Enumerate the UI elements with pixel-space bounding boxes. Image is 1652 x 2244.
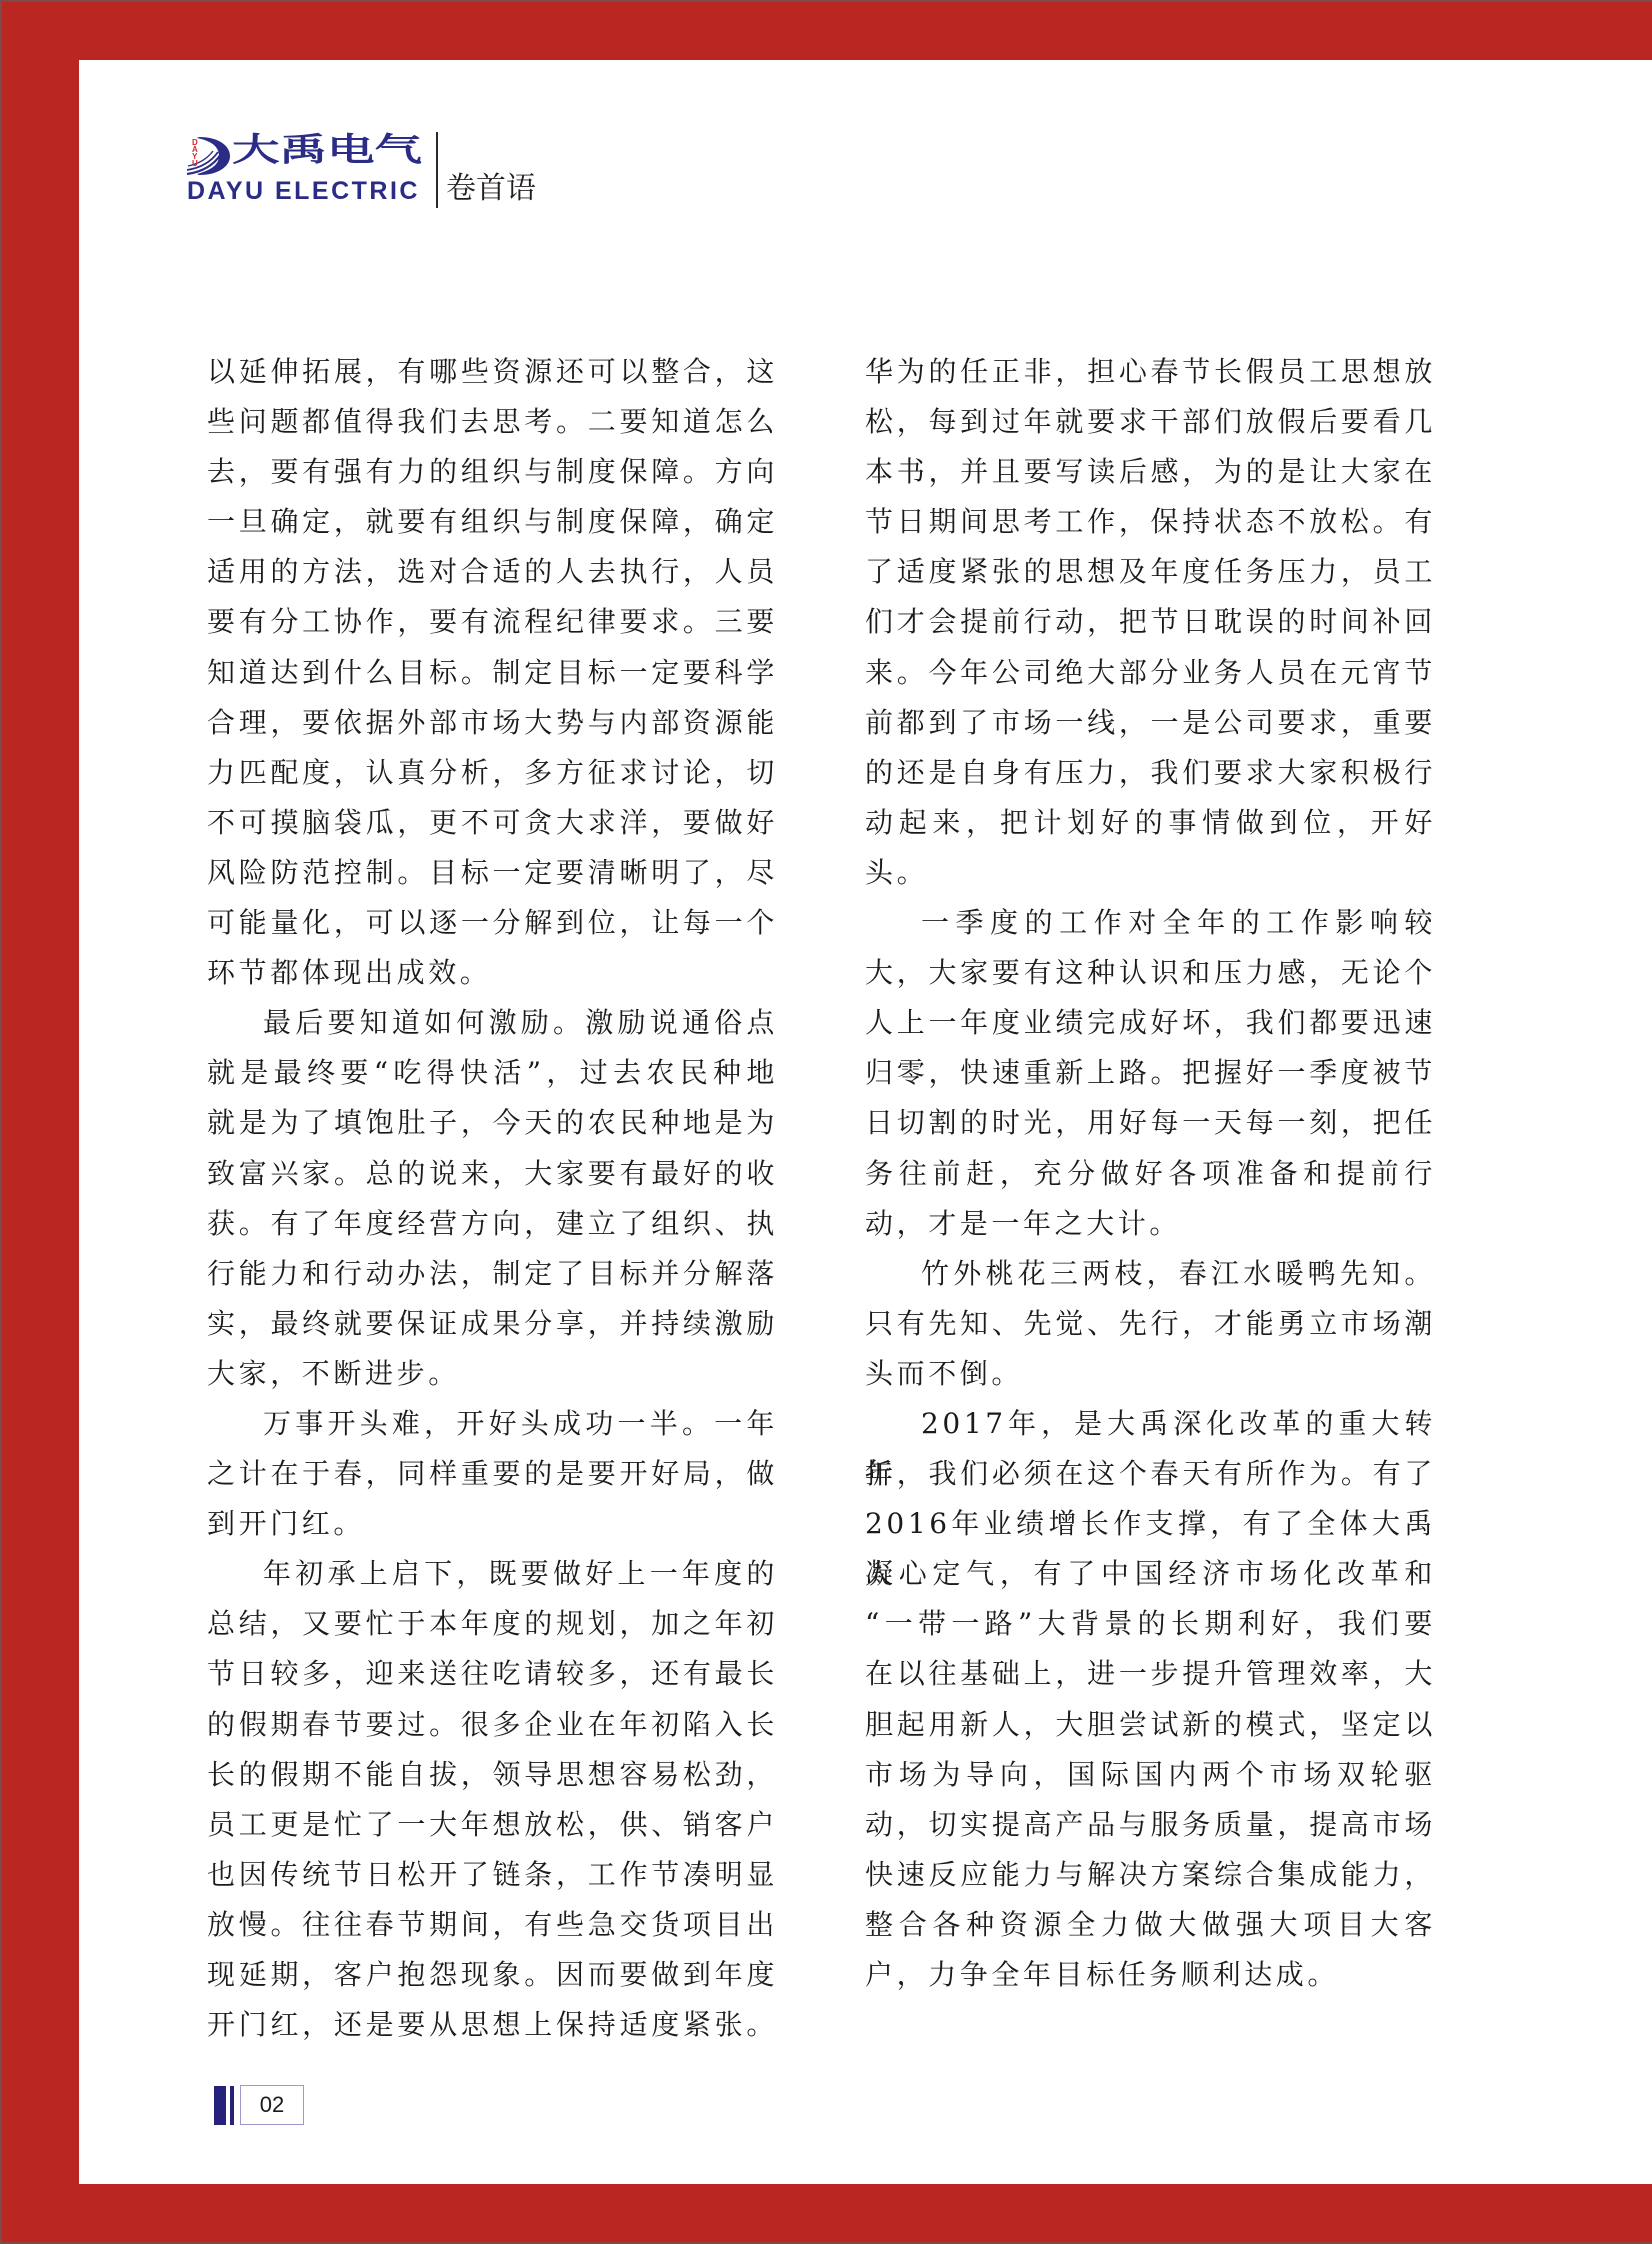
- text-line-paragraph-end: 头。: [865, 848, 1436, 898]
- text-line: 的假期春节要过。很多企业在年初陷入长: [207, 1700, 778, 1750]
- brand-name-english: DAYU ELECTRIC: [187, 178, 420, 204]
- text-line-paragraph-end: 头而不倒。: [865, 1349, 1436, 1399]
- text-line: “一带一路”大背景的长期利好，我们要: [865, 1599, 1436, 1649]
- text-line: 只有先知、先觉、先行，才能勇立市场潮: [865, 1299, 1436, 1349]
- text-line: 开门红，还是要从思想上保持适度紧张。: [207, 2000, 778, 2050]
- bottom-red-border: [0, 2184, 1652, 2244]
- text-line: 也因传统节日松开了链条，工作节凑明显: [207, 1850, 778, 1900]
- page-number-bar-thin: [230, 2086, 234, 2125]
- text-line: 快速反应能力与解决方案综合集成能力，: [865, 1850, 1436, 1900]
- text-line: 动起来，把计划好的事情做到位，开好: [865, 798, 1436, 848]
- page-number: 02: [240, 2085, 304, 2125]
- text-line: 行能力和行动办法，制定了目标并分解落: [207, 1249, 778, 1299]
- text-line: 市场为导向，国际国内两个市场双轮驱: [865, 1750, 1436, 1800]
- article-right-column: 华为的任正非，担心春节长假员工思想放 松，每到过年就要求干部们放假后要看几 本书…: [865, 347, 1436, 2000]
- text-line: 华为的任正非，担心春节长假员工思想放: [865, 347, 1436, 397]
- text-line: 合理，要依据外部市场大势与内部资源能: [207, 698, 778, 748]
- text-line: 松，每到过年就要求干部们放假后要看几: [865, 397, 1436, 447]
- text-line: 了适度紧张的思想及年度任务压力，员工: [865, 547, 1436, 597]
- text-line: 不可摸脑袋瓜，更不可贪大求洋，要做好: [207, 798, 778, 848]
- text-line: 节日期间思考工作，保持状态不放松。有: [865, 497, 1436, 547]
- text-line: 年，我们必须在这个春天有所作为。有了: [865, 1449, 1436, 1499]
- text-line: 实，最终就要保证成果分享，并持续激励: [207, 1299, 778, 1349]
- text-line-paragraph-end: 到开门红。: [207, 1499, 778, 1549]
- page-number-bar-thick: [214, 2086, 226, 2125]
- text-line-paragraph-start: 万事开头难，开好头成功一半。一年: [207, 1399, 778, 1449]
- text-line-paragraph-end: 户，力争全年目标任务顺利达成。: [865, 1950, 1436, 2000]
- text-line: 致富兴家。总的说来，大家要有最好的收: [207, 1149, 778, 1199]
- text-line: 的还是自身有压力，我们要求大家积极行: [865, 748, 1436, 798]
- dayu-emblem-logo-icon: D A Y U: [186, 135, 232, 177]
- text-line: 一旦确定，就要有组织与制度保障，确定: [207, 497, 778, 547]
- text-line: 可能量化，可以逐一分解到位，让每一个: [207, 898, 778, 948]
- text-line: 在以往基础上，进一步提升管理效率，大: [865, 1649, 1436, 1699]
- text-line: 务往前赶，充分做好各项准备和提前行: [865, 1149, 1436, 1199]
- text-line: 前都到了市场一线，一是公司要求，重要: [865, 698, 1436, 748]
- text-line: 以延伸拓展，有哪些资源还可以整合，这: [207, 347, 778, 397]
- text-line-paragraph-start: 年初承上启下，既要做好上一年度的: [207, 1549, 778, 1599]
- text-line: 就是为了填饱肚子，今天的农民种地是为: [207, 1098, 778, 1148]
- text-line: 胆起用新人，大胆尝试新的模式，坚定以: [865, 1700, 1436, 1750]
- text-line: 大，大家要有这种认识和压力感，无论个: [865, 948, 1436, 998]
- text-line: 知道达到什么目标。制定目标一定要科学: [207, 648, 778, 698]
- text-line-paragraph-start: 竹外桃花三两枝，春江水暖鸭先知。: [865, 1249, 1436, 1299]
- text-line-paragraph-start: 2017年，是大禹深化改革的重大转折: [865, 1399, 1436, 1449]
- text-line: 凝心定气，有了中国经济市场化改革和: [865, 1549, 1436, 1599]
- text-line: 之计在于春，同样重要的是要开好局，做: [207, 1449, 778, 1499]
- text-line: 风险防范控制。目标一定要清晰明了，尽: [207, 848, 778, 898]
- text-line: 总结，又要忙于本年度的规划，加之年初: [207, 1599, 778, 1649]
- text-line: 力匹配度，认真分析，多方征求讨论，切: [207, 748, 778, 798]
- text-line-paragraph-start: 一季度的工作对全年的工作影响较: [865, 898, 1436, 948]
- top-red-border: [0, 0, 1652, 60]
- text-line-paragraph-end: 环节都体现出成效。: [207, 948, 778, 998]
- text-line: 去，要有强有力的组织与制度保障。方向: [207, 447, 778, 497]
- text-line: 节日较多，迎来送往吃请较多，还有最长: [207, 1649, 778, 1699]
- text-line: 现延期，客户抱怨现象。因而要做到年度: [207, 1950, 778, 2000]
- text-line: 些问题都值得我们去思考。二要知道怎么: [207, 397, 778, 447]
- text-line: 本书，并且要写读后感，为的是让大家在: [865, 447, 1436, 497]
- article-left-column: 以延伸拓展，有哪些资源还可以整合，这 些问题都值得我们去思考。二要知道怎么 去，…: [207, 347, 778, 2050]
- text-line: 要有分工协作，要有流程纪律要求。三要: [207, 597, 778, 647]
- text-line: 来。今年公司绝大部分业务人员在元宵节: [865, 648, 1436, 698]
- left-red-border: [0, 0, 79, 2244]
- text-line: 们才会提前行动，把节日耽误的时间补回: [865, 597, 1436, 647]
- text-line: 日切割的时光，用好每一天每一刻，把任: [865, 1098, 1436, 1148]
- text-line: 人上一年度业绩完成好坏，我们都要迅速: [865, 998, 1436, 1048]
- text-line: 动，切实提高产品与服务质量，提高市场: [865, 1800, 1436, 1850]
- text-line: 适用的方法，选对合适的人去执行，人员: [207, 547, 778, 597]
- text-line: 放慢。往往春节期间，有些急交货项目出: [207, 1900, 778, 1950]
- emblem-letter: U: [192, 159, 198, 168]
- text-line: 整合各种资源全力做大做强大项目大客: [865, 1900, 1436, 1950]
- text-line: 2016年业绩增长作支撑，有了全体大禹人: [865, 1499, 1436, 1549]
- section-title: 卷首语: [446, 172, 536, 206]
- text-line-paragraph-end: 动，才是一年之大计。: [865, 1199, 1436, 1249]
- text-line: 归零，快速重新上路。把握好一季度被节: [865, 1048, 1436, 1098]
- text-line: 就是最终要“吃得快活”，过去农民种地: [207, 1048, 778, 1098]
- header-divider: [436, 132, 438, 208]
- frame-edge-left: [0, 0, 2, 2244]
- frame-edge-top: [0, 0, 1652, 2]
- text-line: 员工更是忙了一大年想放松，供、销客户: [207, 1800, 778, 1850]
- text-line: 长的假期不能自拔，领导思想容易松劲，: [207, 1750, 778, 1800]
- brand-name-chinese: 大禹电气: [232, 133, 422, 166]
- text-line-paragraph-end: 大家，不断进步。: [207, 1349, 778, 1399]
- text-line-paragraph-start: 最后要知道如何激励。激励说通俗点: [207, 998, 778, 1048]
- text-line: 获。有了年度经营方向，建立了组织、执: [207, 1199, 778, 1249]
